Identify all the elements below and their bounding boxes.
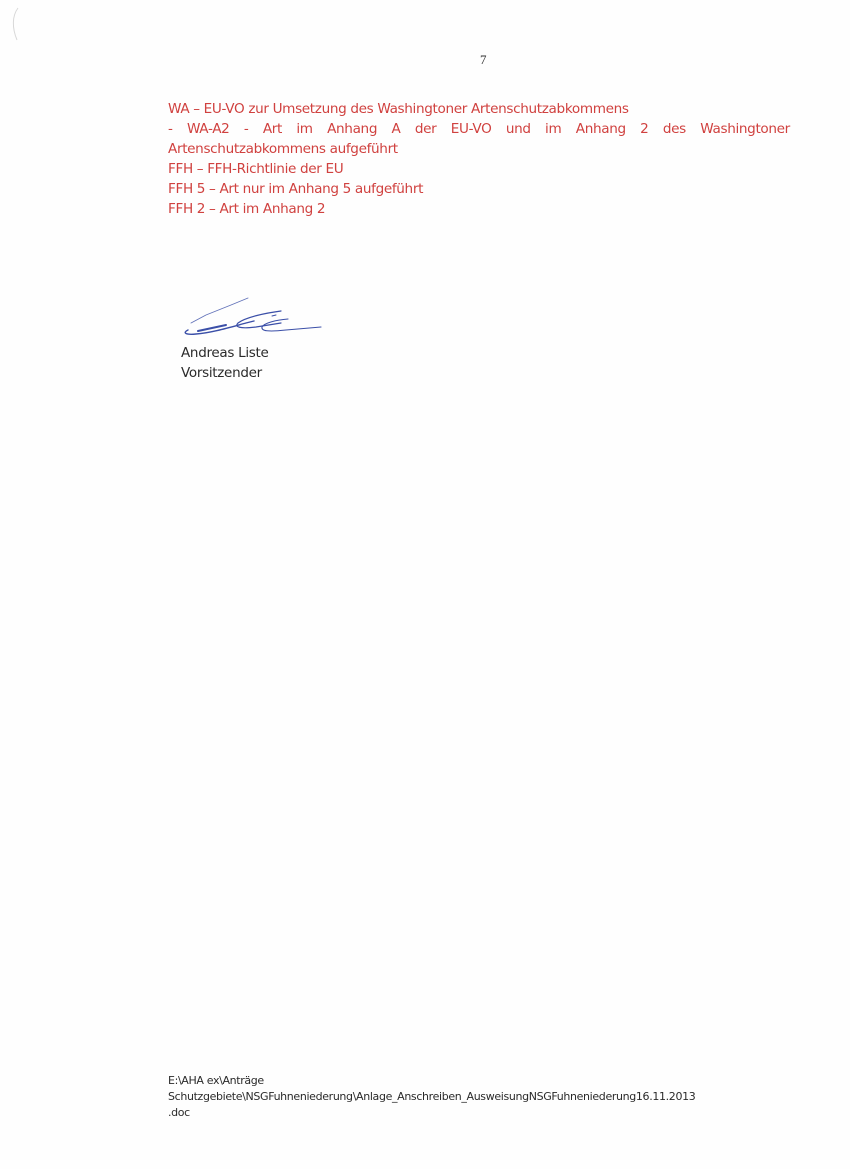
scan-artifact-icon [8, 6, 24, 42]
signer-title: Vorsitzender [181, 363, 269, 383]
signer-block: Andreas Liste Vorsitzender [181, 343, 269, 383]
legend-word: - [244, 119, 249, 139]
legend-word: EU-VO [451, 119, 492, 139]
legend-word: und [506, 119, 531, 139]
legend-word: 2 [640, 119, 648, 139]
file-path-line: E:\AHA ex\Anträge [168, 1073, 695, 1089]
legend-word: der [415, 119, 437, 139]
file-path-footer: E:\AHA ex\Anträge Schutzgebiete\NSGFuhne… [168, 1073, 695, 1121]
legend-word: Anhang [327, 119, 377, 139]
legend-word: im [296, 119, 312, 139]
legend-line-justified: -WA-A2-ArtimAnhangAderEU-VOundimAnhang2d… [168, 119, 790, 139]
legend-line: FFH 2 – Art im Anhang 2 [168, 199, 790, 219]
file-path-line: Schutzgebiete\NSGFuhneniederung\Anlage_A… [168, 1089, 695, 1105]
legend-word: A [392, 119, 401, 139]
legend-line: FFH 5 – Art nur im Anhang 5 aufgeführt [168, 179, 790, 199]
signer-name: Andreas Liste [181, 343, 269, 363]
legend-word: des [663, 119, 686, 139]
file-path-line: .doc [168, 1105, 695, 1121]
legend-word: Art [263, 119, 282, 139]
legend-word: Anhang [576, 119, 626, 139]
legend-word: WA-A2 [187, 119, 230, 139]
legend-line: WA – EU-VO zur Umsetzung des Washingtone… [168, 99, 790, 119]
legend-line: FFH – FFH-Richtlinie der EU [168, 159, 790, 179]
abbreviation-legend: WA – EU-VO zur Umsetzung des Washingtone… [168, 99, 790, 219]
page-number: 7 [480, 52, 487, 68]
document-page: 7 WA – EU-VO zur Umsetzung des Washingto… [0, 0, 850, 1169]
signature-icon [176, 293, 326, 338]
legend-word: Washingtoner [700, 119, 790, 139]
legend-word: im [545, 119, 561, 139]
legend-word: - [168, 119, 173, 139]
legend-line: Artenschutzabkommens aufgeführt [168, 139, 790, 159]
